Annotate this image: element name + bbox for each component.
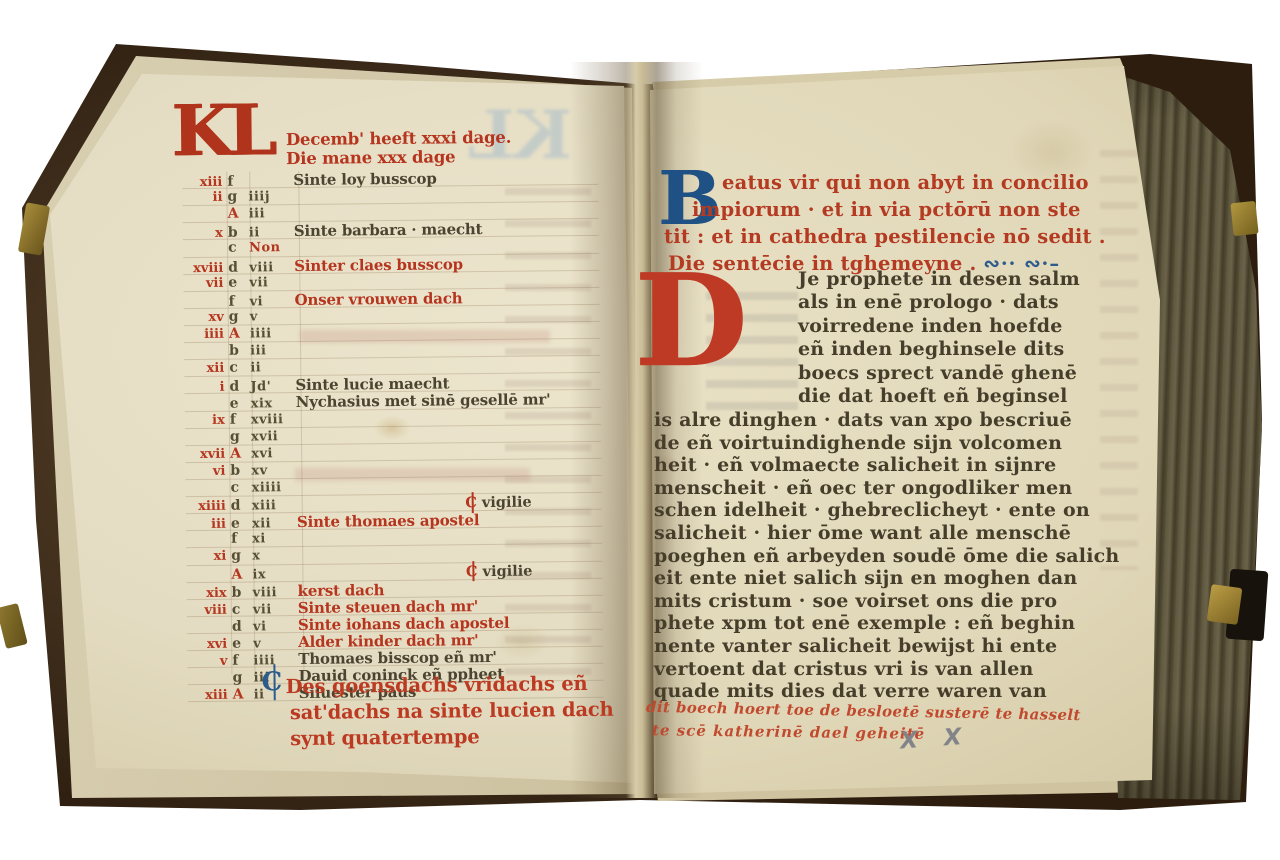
body-line: heit · eñ volmaecte salicheit in sijnre <box>654 454 1119 477</box>
ownership-note-line2: te scē katherinē dael geheitē <box>652 721 925 743</box>
body-line: phete xpm tot enē exemple : eñ beghin <box>654 612 1119 635</box>
illuminated-initial-d: D <box>634 257 747 384</box>
x-marks: X X <box>899 724 971 755</box>
right-page-content: B eatus vir qui non abyt in concilio imp… <box>0 0 1280 860</box>
body-line: die dat hoeft eñ beginsel <box>798 385 1080 408</box>
body-line: salicheit · hier ōme want alle menschē <box>654 522 1119 545</box>
body-line: boecs sprect vandē ghenē <box>798 362 1080 385</box>
body-line: schen idelheit · ghebreclicheyt · ente o… <box>654 499 1119 522</box>
body-line: als in enē prologo · dats <box>798 291 1080 314</box>
body-line: poeghen eñ arbeyden soudē ōme die salich <box>654 545 1119 568</box>
body-line: voirredene inden hoefde <box>798 315 1080 338</box>
body-line: eñ inden beghinsele dits <box>798 338 1080 361</box>
body-line: menscheit · eñ oec ter ongodliker men <box>654 477 1119 500</box>
body-line: eit ente niet salich sijn en moghen dan <box>654 567 1119 590</box>
body-line: nente vanter salicheit bewijst hi ente <box>654 635 1119 658</box>
body-line: Je prophete in desen salm <box>798 268 1080 291</box>
body-line: mits cristum · soe voirset ons die pro <box>654 590 1119 613</box>
body-line: is alre dinghen · dats van xpo bescriuē <box>654 409 1119 432</box>
incipit-line1: eatus vir qui non abyt in concilio <box>722 171 1089 194</box>
incipit-line2: impiorum · et in via pctōrū non ste <box>692 198 1081 221</box>
body-line: vertoent dat cristus vri is van allen <box>654 658 1119 681</box>
body-text-indented: Je prophete in desen salmals in enē prol… <box>798 268 1080 408</box>
body-line: de eñ voirtuindighende sijn volcomen <box>654 432 1119 455</box>
body-text-full-width: is alre dinghen · dats van xpo bescriuēd… <box>654 409 1119 703</box>
manuscript-photo: KL KL Decemb' heeft xxxi dage. Die mane … <box>0 0 1280 860</box>
